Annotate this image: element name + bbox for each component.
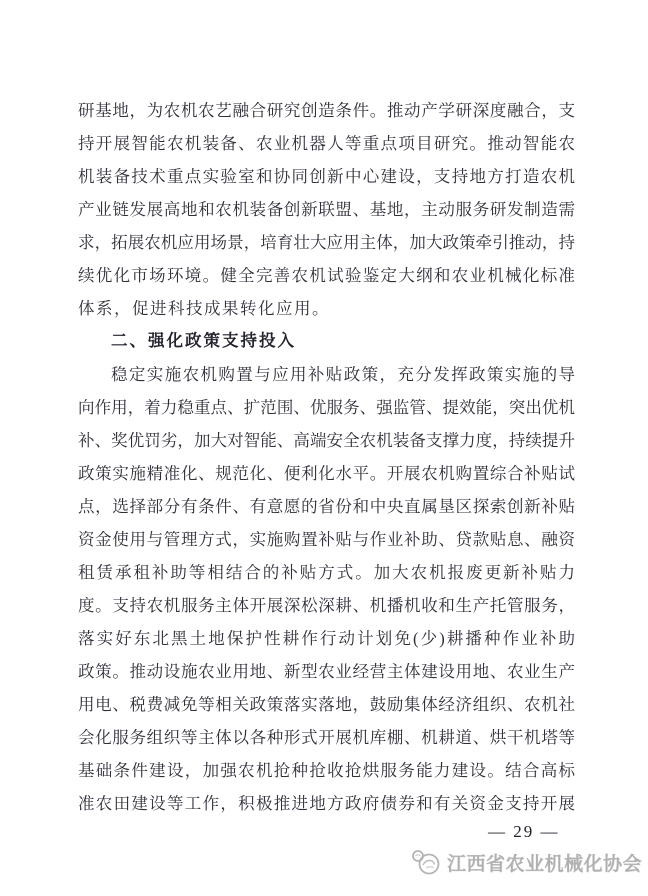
text-line: 准农田建设等工作，积极推进地方政府债券和有关资金支持开展 xyxy=(78,787,575,820)
text-line: 用电、税费减免等相关政策落实落地，鼓励集体经济组织、农机社 xyxy=(78,688,575,721)
association-seal-icon xyxy=(410,847,442,877)
text-line: 向作用，着力稳重点、扩范围、优服务、强监管、提效能，突出优机优 xyxy=(78,391,575,424)
text-line: 体系，促进科技成果转化应用。 xyxy=(78,292,575,325)
text-line: 产业链发展高地和农机装备创新联盟、基地，主动服务研发制造需 xyxy=(78,193,575,226)
text-line: 基础条件建设，加强农机抢种抢收抢烘服务能力建设。结合高标 xyxy=(78,754,575,787)
watermark: 江西省农业机械化协会 xyxy=(410,847,642,877)
text-line: 政策。推动设施农业用地、新型农业经营主体建设用地、农业生产 xyxy=(78,655,575,688)
text-line: 政策实施精准化、规范化、便利化水平。开展农机购置综合补贴试 xyxy=(78,457,575,490)
text-line: 度。支持农机服务主体开展深松深耕、机播机收和生产托管服务， xyxy=(78,589,575,622)
text-line: 稳定实施农机购置与应用补贴政策，充分发挥政策实施的导 xyxy=(78,358,575,391)
text-line: 会化服务组织等主体以各种形式开展机库棚、机耕道、烘干机塔等 xyxy=(78,721,575,754)
text-line: 持开展智能农机装备、农业机器人等重点项目研究。推动智能农 xyxy=(78,127,575,160)
watermark-text: 江西省农业机械化协会 xyxy=(447,849,642,876)
text-line: 研基地，为农机农艺融合研究创造条件。推动产学研深度融合，支 xyxy=(78,94,575,127)
document-page: 研基地，为农机农艺融合研究创造条件。推动产学研深度融合，支 持开展智能农机装备、… xyxy=(0,0,648,896)
section-heading: 二、强化政策支持投入 xyxy=(78,325,575,358)
text-line: 补、奖优罚劣，加大对智能、高端安全农机装备支撑力度，持续提升 xyxy=(78,424,575,457)
text-line: 租赁承租补助等相结合的补贴方式。加大农机报废更新补贴力 xyxy=(78,556,575,589)
text-line: 求，拓展农机应用场景，培育壮大应用主体，加大政策牵引推动，持 xyxy=(78,226,575,259)
text-line: 落实好东北黑土地保护性耕作行动计划免(少)耕播种作业补助 xyxy=(78,622,575,655)
text-line: 资金使用与管理方式，实施购置补贴与作业补助、贷款贴息、融资 xyxy=(78,523,575,556)
text-line: 机装备技术重点实验室和协同创新中心建设，支持地方打造农机 xyxy=(78,160,575,193)
page-number: — 29 — xyxy=(488,822,560,842)
document-body: 研基地，为农机农艺融合研究创造条件。推动产学研深度融合，支 持开展智能农机装备、… xyxy=(78,94,575,820)
text-line: 点，选择部分有条件、有意愿的省份和中央直属垦区探索创新补贴 xyxy=(78,490,575,523)
text-line: 续优化市场环境。健全完善农机试验鉴定大纲和农业机械化标准 xyxy=(78,259,575,292)
